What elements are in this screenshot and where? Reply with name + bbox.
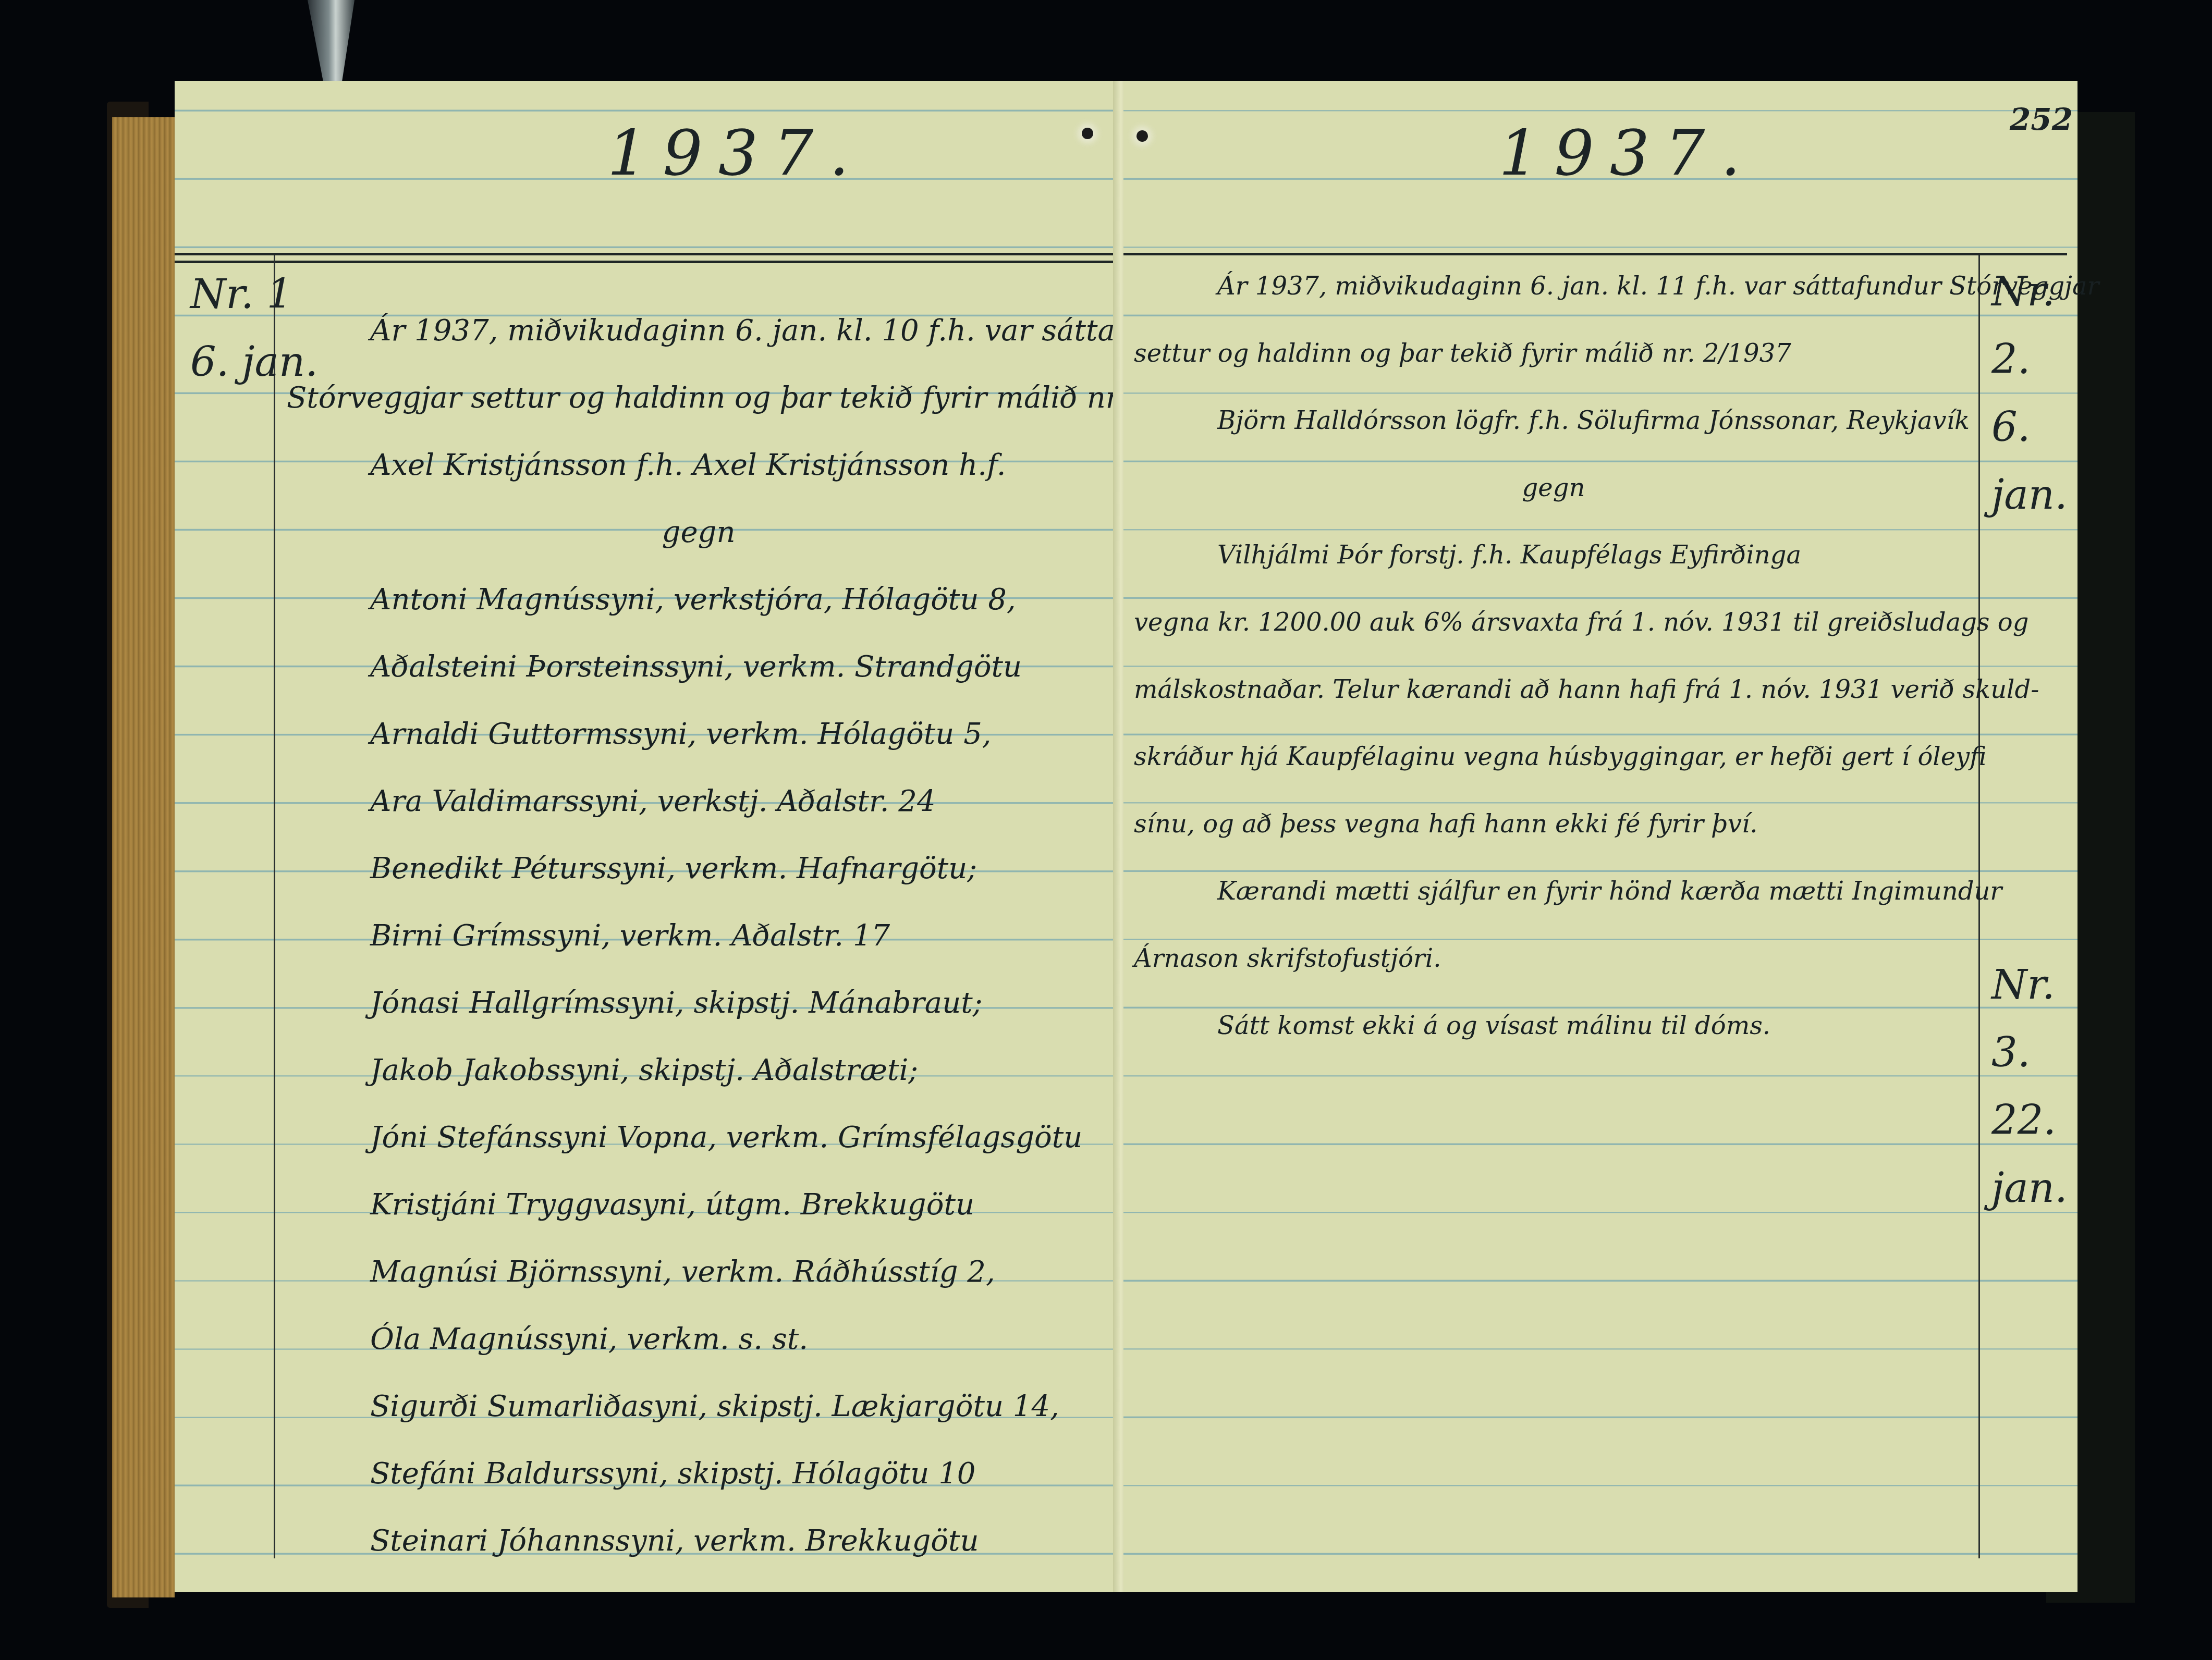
entry-line: gegn [1134, 454, 1973, 522]
defendant-line: Stefáni Baldurssyni, skipstj. Hólagötu 1… [287, 1440, 1110, 1507]
year-heading: 1937. [607, 117, 865, 190]
entry-line: Ár 1937, miðvikudaginn 6. jan. kl. 10 f.… [287, 297, 1110, 364]
margin-column-divider [274, 255, 275, 1558]
entry-line: Árnason skrifstofustjóri. [1134, 925, 1973, 992]
entry-line: Stórveggjar settur og haldinn og þar tek… [287, 364, 1110, 432]
defendant-line: Steinari Jóhannssyni, verkm. Brekkugötu [287, 1507, 1110, 1575]
defendant-line: Antoni Magnússyni, verkstjóra, Hólagötu … [287, 566, 1110, 633]
left-page: 1937. Nr. 1 6. jan. Ár 1937, miðvikudagi… [175, 81, 1122, 1592]
entry-line: Vilhjálmi Þór forstj. f.h. Kaupfélags Ey… [1134, 522, 1973, 589]
ledger-book: 1937. Nr. 1 6. jan. Ár 1937, miðvikudagi… [107, 81, 2135, 1634]
defendant-line: Magnúsi Björnssyni, verkm. Ráðhússtíg 2, [287, 1238, 1110, 1306]
entry-line: sínu, og að þess vegna hafi hann ekki fé… [1134, 791, 1973, 858]
defendant-line: Sigurði Sumarliðasyni, skipstj. Lækjargö… [287, 1373, 1110, 1440]
entry-line: Sátt komst ekki á og vísast málinu til d… [1134, 992, 1973, 1060]
entry-date: 6. jan. [1991, 394, 2077, 529]
entry-line: málskostnaðar. Telur kærandi að hann haf… [1134, 656, 1973, 723]
defendant-line: Benedikt Péturssyni, verkm. Hafnargötu; [287, 835, 1110, 902]
defendant-line: Ara Valdimarssyni, verkstj. Aðalstr. 24 [287, 768, 1110, 835]
defendant-line: Jóni Stefánssyni Vopna, verkm. Grímsféla… [287, 1104, 1110, 1171]
entry-line: Björn Halldórsson lögfr. f.h. Sölufirma … [1134, 387, 1973, 454]
page-number: 252 [2010, 102, 2073, 137]
left-page-edges [112, 117, 175, 1597]
defendant-line: Kristjáni Tryggvasyni, útgm. Brekkugötu [287, 1171, 1110, 1238]
entry-line: skráður hjá Kaupfélaginu vegna húsbyggin… [1134, 723, 1973, 791]
defendant-line: Jónasi Hallgrímssyni, skipstj. Mánabraut… [287, 969, 1110, 1037]
entry-margin: Nr. 3. 22. jan. [1991, 951, 2077, 1222]
entry-date: 22. jan. [1991, 1087, 2077, 1222]
punch-hole [1082, 128, 1093, 139]
entry-body: Ár 1937, miðvikudaginn 6. jan. kl. 11 f.… [1134, 253, 1973, 1060]
entry-line: Kærandi mætti sjálfur en fyrir hönd kærð… [1134, 858, 1973, 925]
entry-line: Ár 1937, miðvikudaginn 6. jan. kl. 11 f.… [1134, 253, 1973, 320]
entry-line: gegn [287, 499, 1110, 566]
scan-background: 1937. Nr. 1 6. jan. Ár 1937, miðvikudagi… [0, 0, 2212, 1660]
defendant-line: Arnaldi Guttormssyni, verkm. Hólagötu 5, [287, 700, 1110, 768]
defendant-line: Birni Grímssyni, verkm. Aðalstr. 17 [287, 902, 1110, 969]
entry-number: Nr. 3. [1991, 951, 2077, 1087]
defendant-line: Jakob Jakobssyni, skipstj. Aðalstræti; [287, 1037, 1110, 1104]
punch-hole [1136, 130, 1148, 142]
entry-line: settur og haldinn og þar tekið fyrir mál… [1134, 320, 1973, 387]
defendant-line: Aðalsteini Þorsteinssyni, verkm. Strandg… [287, 633, 1110, 700]
defendant-line: Óla Magnússyni, verkm. s. st. [287, 1306, 1110, 1373]
entry-line: vegna kr. 1200.00 auk 6% ársvaxta frá 1.… [1134, 589, 1973, 656]
right-page: 1937. 252 Nr. 2. 6. jan. Nr. 3. 22. jan.… [1123, 81, 2077, 1592]
entry-body: Ár 1937, miðvikudaginn 6. jan. kl. 10 f.… [287, 297, 1110, 1575]
year-heading: 1937. [1499, 117, 1756, 190]
entry-line: Axel Kristjánsson f.h. Axel Kristjánsson… [287, 432, 1110, 499]
